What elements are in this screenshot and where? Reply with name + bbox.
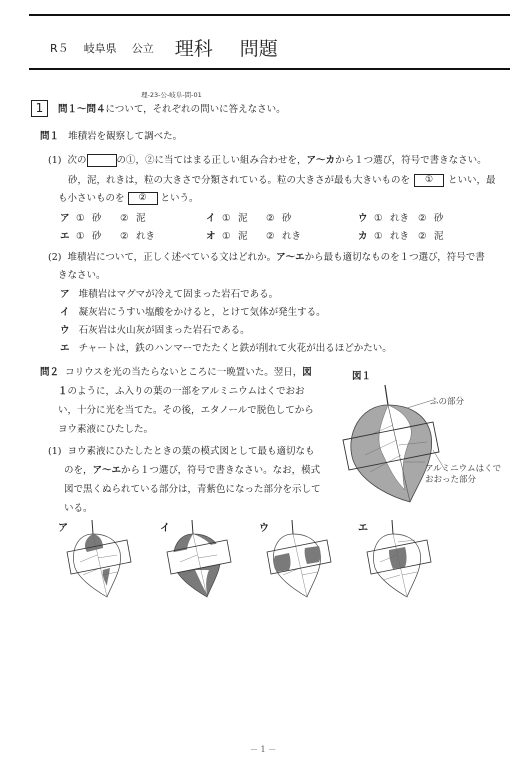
intro-text: 問１～問４について，それぞれの問いに答えなさい。 xyxy=(58,103,286,116)
q1-sub1-line2: 砂，泥，れきは，粒の大きさで分類されている。粒の大きさが最も大きいものを①といい… xyxy=(68,174,496,187)
choice-i: イ 凝灰岩にうすい塩酸をかけると，とけて気体が発生する。 xyxy=(60,306,326,319)
option-e: エ①砂②れき xyxy=(60,228,155,242)
q1-sub2-line2: きなさい。 xyxy=(58,269,106,282)
q2-line2: １のように，ふ入りの葉の一部をアルミニウムはくでおお xyxy=(58,385,305,398)
option-u: ウ①れき②砂 xyxy=(358,210,444,224)
diagram-a-leaf xyxy=(65,520,145,600)
option-a: ア①砂②泥 xyxy=(60,210,146,224)
option-ka: カ①れき②泥 xyxy=(358,228,444,242)
q2-sub1-line4: いる。 xyxy=(64,502,93,515)
diagram-u-leaf xyxy=(265,520,345,600)
choice-u: ウ 石灰岩は火山灰が固まった岩石である。 xyxy=(60,324,250,337)
q1-sub1-line1: (1) 次のの①，②に当てはまる正しい組み合わせを，ア～カから１つ選び，符号で書… xyxy=(48,154,487,167)
q1-sub1-line3: も小さいものを②という。 xyxy=(58,192,199,205)
header-prefecture: 岐阜県 xyxy=(84,42,117,55)
question-number-box: 1 xyxy=(31,100,48,117)
q2-line4: ヨウ素液にひたした。 xyxy=(58,423,153,436)
page-number: － 1 － xyxy=(250,744,276,755)
q2-sub1-line1: (1) ヨウ素液にひたしたときの葉の模式図として最も適切なも xyxy=(48,445,315,458)
header-year: R５ xyxy=(50,42,69,55)
choice-e: エ チャートは，鉄のハンマーでたたくと鉄が削れて火花が出るほどかたい。 xyxy=(60,342,392,355)
figure-1-label-fu: ふの部分 xyxy=(430,395,464,407)
diagram-i-leaf xyxy=(165,520,245,600)
option-o: オ①泥②れき xyxy=(206,228,301,242)
diagram-e-leaf xyxy=(365,520,445,600)
option-i: イ①泥②砂 xyxy=(206,210,292,224)
figure-1-label-aluminum-2: おおった部分 xyxy=(425,473,476,485)
q2-line3: い，十分に光を当てた。その後，エタノールで脱色してから xyxy=(58,404,314,417)
q2-line1: 問２ コリウスを光の当たらないところに一晩置いた。翌日，図 xyxy=(40,366,312,379)
header-top-rule xyxy=(29,14,510,16)
q1-sub2-line1: (2) 堆積岩について，正しく述べている文はどれか。ア～エから最も適切なものを１… xyxy=(48,251,485,264)
header-bottom-rule xyxy=(29,68,510,70)
blank-box xyxy=(87,154,117,167)
choice-a: ア 堆積岩はマグマが冷えて固まった岩石である。 xyxy=(60,288,278,301)
header-type: 公立 xyxy=(132,42,154,55)
q2-sub1-line2: のを，ア～エから１つ選び，符号で書きなさい。なお，模式 xyxy=(64,464,320,477)
document-code: 理-23-公-岐阜-問-01 xyxy=(141,90,202,99)
header-title: 問題 xyxy=(240,38,278,60)
q1-heading: 問１ 堆積岩を観察して調べた。 xyxy=(40,130,182,143)
q2-sub1-line3: 図で黒くぬられている部分は，青紫色になった部分を示して xyxy=(64,483,321,496)
blank-2: ② xyxy=(128,192,158,205)
header-subject: 理科 xyxy=(175,38,213,60)
blank-1: ① xyxy=(414,174,444,187)
page-header: R５ 岐阜県 公立 理科 問題 xyxy=(50,34,296,61)
